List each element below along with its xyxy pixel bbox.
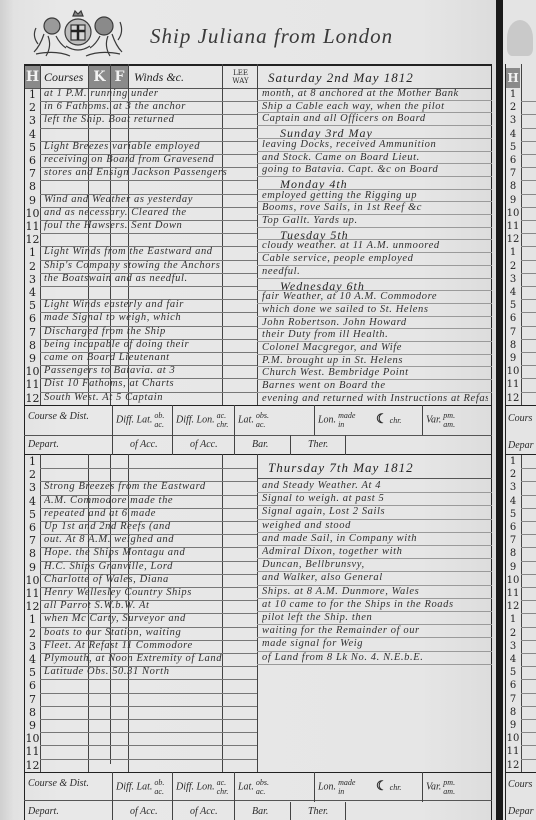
- header-leeway-top: LEE: [224, 69, 257, 77]
- right-hour-number: 11: [505, 220, 521, 233]
- footer-sub-label: pm.: [443, 411, 455, 420]
- right-row-rule: [521, 627, 536, 628]
- remark-line: pilot left the Ship. then: [262, 612, 488, 623]
- right-row-rule: [521, 600, 536, 601]
- footer-var-label: Var.: [426, 781, 441, 792]
- remark-line: fair Weather, at 10 A.M. Commodore: [262, 291, 488, 302]
- right-hour-number: 3: [505, 273, 521, 286]
- hour-number: 1: [24, 88, 41, 101]
- log-entry: left the Ship. Boat returned: [44, 114, 256, 125]
- right-hour-number: 9: [505, 194, 521, 207]
- right-row-rule: [521, 481, 536, 482]
- hour-number: 6: [24, 312, 41, 325]
- right-row-rule: [521, 547, 536, 548]
- footer-sub-label: ob.: [154, 778, 164, 787]
- footer-course-dist: Course & Dist.: [28, 411, 89, 422]
- right-hour-number: 4: [505, 128, 521, 141]
- right-footer-depart-2: Depar: [508, 806, 534, 817]
- footer-var: Var.pm.am.: [426, 778, 455, 796]
- hour-number: 2: [24, 101, 41, 114]
- hour-number: 5: [24, 141, 41, 154]
- right-hour-number: 10: [505, 732, 521, 745]
- right-row-rule: [521, 392, 536, 393]
- right-row-rule: [521, 365, 536, 366]
- hour-number: 3: [24, 273, 41, 286]
- row-rule: [40, 719, 257, 720]
- log-entry: Strong Breezes from the Eastward: [44, 481, 256, 492]
- footer-divider: [314, 405, 315, 435]
- footer-moon-sub: chr.: [390, 416, 402, 425]
- log-entry: came on Board Lieutenant: [44, 352, 256, 363]
- right-hour-number: 1: [505, 246, 521, 259]
- hour-number: 1: [24, 613, 41, 626]
- remark-line: employed getting the Rigging up: [262, 190, 488, 201]
- footer-diff-lat: Diff. Lat.ob.ac.: [116, 411, 164, 429]
- footer-sub-label: chr.: [217, 787, 229, 796]
- row-rule: [40, 679, 257, 680]
- right-hour-number: 1: [505, 613, 521, 626]
- footer-diff-lon-sub: ac.chr.: [217, 778, 229, 796]
- right-hour-number: 6: [505, 154, 521, 167]
- footer-of-acc-2: of Acc.: [190, 806, 218, 817]
- footer-moon-sub: chr.: [390, 783, 402, 792]
- right-row-rule: [521, 587, 536, 588]
- remark-line: which done we sailed to St. Helens: [262, 304, 488, 315]
- hour-number: 4: [24, 286, 41, 299]
- right-hour-number: 7: [505, 167, 521, 180]
- remark-line: made signal for Weig: [262, 638, 488, 649]
- footer-divider: [234, 435, 235, 455]
- date2-row-bottom-border: [257, 478, 492, 479]
- right-hour-number: 4: [505, 495, 521, 508]
- footer1-mid-border: [24, 435, 492, 436]
- right-row-rule: [521, 759, 536, 760]
- log-entry: repeated and at 6 made: [44, 508, 256, 519]
- header-winds: Winds &c.: [134, 70, 184, 85]
- remark-line: Church West. Bembridge Point: [262, 367, 488, 378]
- remark-line: Ships. at 8 A.M. Dunmore, Wales: [262, 586, 488, 597]
- log-entry: Charlotte of Wales, Diana: [44, 574, 256, 585]
- row-rule: [40, 759, 257, 760]
- date-heading-thursday: Thursday 7th May 1812: [268, 460, 414, 476]
- footer-sub-label: in: [338, 787, 355, 796]
- footer-divider: [422, 405, 423, 435]
- right-hour-number: 10: [505, 574, 521, 587]
- hour-number: 12: [24, 600, 41, 613]
- footer-var-sub: pm.am.: [443, 778, 455, 796]
- header-leeway: LEE WAY: [224, 69, 257, 85]
- right-hour-number: 2: [505, 627, 521, 640]
- footer1-bottom-border: [24, 454, 492, 455]
- hour-number: 11: [24, 378, 41, 391]
- footer-depart: Depart.: [28, 439, 59, 450]
- log-entry: foul the Hawsers. Sent Down: [44, 220, 256, 231]
- header-leeway-bottom: WAY: [224, 77, 257, 85]
- row-rule: [40, 745, 257, 746]
- right-hour-number: 3: [505, 114, 521, 127]
- right-hour-number: 12: [505, 392, 521, 405]
- right-hour-number: 12: [505, 759, 521, 772]
- hour-number: 12: [24, 233, 41, 246]
- right-hour-number: 8: [505, 180, 521, 193]
- right-row-rule: [521, 207, 536, 208]
- right-row-rule: [521, 167, 536, 168]
- remark-line: Cable service, people employed: [262, 253, 488, 264]
- right-hour-number: 2: [505, 101, 521, 114]
- footer-divider: [172, 772, 173, 802]
- remark-line: Barnes went on Board the: [262, 380, 488, 391]
- footer-var: Var.pm.am.: [426, 411, 455, 429]
- remark-line: and Stock. Came on Board Lieut.: [262, 152, 488, 163]
- right-footer-depart: Depar: [508, 440, 534, 451]
- hour-number: 7: [24, 534, 41, 547]
- remark-line: their Duty from ill Health.: [262, 329, 488, 340]
- right-hour-number: 7: [505, 693, 521, 706]
- footer-lat-sub: obs.ac.: [256, 411, 269, 429]
- remark-line: John Robertson. John Howard: [262, 317, 488, 328]
- log-entry: out. At 8 A.M. weighed and: [44, 534, 256, 545]
- header-hour: H: [25, 66, 40, 88]
- right-hour-number: 6: [505, 521, 521, 534]
- footer-sub-label: chr.: [217, 420, 229, 429]
- footer-sub-label: ac.: [154, 420, 164, 429]
- log-entry: all Parrot S.W.b.W. At: [44, 600, 256, 611]
- right-row-rule: [521, 640, 536, 641]
- right-footer-course: Cours: [508, 413, 532, 424]
- row-rule: [40, 286, 257, 287]
- right-row-rule: [521, 666, 536, 667]
- footer-of-acc-1: of Acc.: [130, 439, 158, 450]
- hour-number: 3: [24, 114, 41, 127]
- hour-number: 10: [24, 365, 41, 378]
- right-hour-number: 9: [505, 352, 521, 365]
- right-row-rule: [521, 719, 536, 720]
- log-entry: the Boatswain and as needful.: [44, 273, 256, 284]
- remark-line: Duncan, Bellbrunsvy,: [262, 559, 488, 570]
- footer-lat: Lat.obs.ac.: [238, 778, 269, 796]
- log-entry: South West. At 5 Captain: [44, 392, 256, 403]
- right-hour-number: 2: [505, 468, 521, 481]
- row-rule: [40, 180, 257, 181]
- right-row-rule: [521, 706, 536, 707]
- remark-rule: [257, 664, 492, 665]
- right-hour-number: 5: [505, 508, 521, 521]
- hour-number: 8: [24, 547, 41, 560]
- remark-line: waiting for the Remainder of our: [262, 625, 488, 636]
- right-footer2-top: [505, 772, 536, 773]
- log-entry: Hope. the Ships Montagu and: [44, 547, 256, 558]
- footer-divider: [345, 435, 346, 455]
- hour-number: 10: [24, 574, 41, 587]
- hour-number: 9: [24, 561, 41, 574]
- footer-diff-lat-sub: ob.ac.: [154, 411, 164, 429]
- log-entry: in 6 Fathoms. at 3 the anchor: [44, 101, 256, 112]
- right-hour-number: 7: [505, 534, 521, 547]
- right-hour-number: 5: [505, 666, 521, 679]
- footer-ther: Ther.: [308, 439, 328, 450]
- footer-ther: Ther.: [308, 806, 328, 817]
- log-entry: Dist 10 Fathoms, at Charts: [44, 378, 256, 389]
- footer-var-label: Var.: [426, 414, 441, 425]
- hour-number: 4: [24, 495, 41, 508]
- right-row-rule: [521, 260, 536, 261]
- remark-line: Signal to weigh. at past 5: [262, 493, 488, 504]
- footer-sub-label: pm.: [443, 778, 455, 787]
- right-row-rule: [521, 273, 536, 274]
- right-hour-number: 6: [505, 679, 521, 692]
- remark-line: at 10 came to for the Ships in the Roads: [262, 599, 488, 610]
- hour-number: 4: [24, 128, 41, 141]
- footer-of-acc-1: of Acc.: [130, 806, 158, 817]
- right-row-rule: [521, 693, 536, 694]
- remark-line: Ship a Cable each way, when the pilot: [262, 101, 488, 112]
- right-row-rule: [521, 114, 536, 115]
- right-row-rule: [521, 326, 536, 327]
- footer-sub-label: ac.: [217, 778, 229, 787]
- footer-divider: [345, 802, 346, 820]
- row-rule: [40, 233, 257, 234]
- footer-diff-lat-label: Diff. Lat.: [116, 414, 152, 425]
- hour-number: 4: [24, 653, 41, 666]
- hour-number: 5: [24, 508, 41, 521]
- footer-divider: [112, 802, 113, 820]
- remark-line: Admiral Dixon, together with: [262, 546, 488, 557]
- remark-line: P.M. brought up in St. Helens: [262, 355, 488, 366]
- footer-lon: Lon.madein: [318, 778, 355, 796]
- log-page-right-edge: H 12345678910111212345678910111212345678…: [503, 0, 536, 820]
- hour-number: 9: [24, 719, 41, 732]
- footer-divider: [112, 435, 113, 455]
- right-row-rule: [521, 233, 536, 234]
- right-row-rule: [521, 194, 536, 195]
- right-row-rule: [521, 312, 536, 313]
- log-entry: Plymouth, at Noon Extremity of Land: [44, 653, 256, 664]
- hour-number: 12: [24, 392, 41, 405]
- right-row-rule: [521, 613, 536, 614]
- log-entry: and as necessary. Cleared the: [44, 207, 256, 218]
- right-hour-number: 10: [505, 365, 521, 378]
- log-entry: Fleet. At Refast 11 Commodore: [44, 640, 256, 651]
- footer-sub-label: ac.: [154, 787, 164, 796]
- right-row-rule: [521, 339, 536, 340]
- date-heading-saturday: Saturday 2nd May 1812: [268, 70, 414, 86]
- right-hour-number: 4: [505, 653, 521, 666]
- remark-line: and Steady Weather. At 4: [262, 480, 488, 491]
- right-hour-number: 11: [505, 378, 521, 391]
- footer-sub-label: made: [338, 778, 355, 787]
- right-row-rule: [521, 286, 536, 287]
- footer-sub-label: am.: [443, 420, 455, 429]
- right-hour-number: 9: [505, 561, 521, 574]
- row-rule: [40, 468, 257, 469]
- royal-crest-icon: [26, 6, 130, 62]
- right-hour-number: 11: [505, 587, 521, 600]
- footer-divider: [422, 772, 423, 802]
- footer-of-acc-2: of Acc.: [190, 439, 218, 450]
- remark-line: leaving Docks, received Ammunition: [262, 139, 488, 150]
- footer-divider: [172, 405, 173, 435]
- right-row-rule: [521, 574, 536, 575]
- remark-line: weighed and stood: [262, 520, 488, 531]
- right-hour-number: 8: [505, 706, 521, 719]
- right-row-rule: [521, 128, 536, 129]
- right-hour-number: 10: [505, 207, 521, 220]
- right-row-rule: [521, 468, 536, 469]
- footer-lon: Lon.madein: [318, 411, 355, 429]
- header-fathoms: F: [111, 66, 128, 88]
- remark-line: month, at 8 anchored at the Mother Bank: [262, 88, 488, 99]
- hour-number: 10: [24, 732, 41, 745]
- footer-sub-label: in: [338, 420, 355, 429]
- hour-number: 7: [24, 693, 41, 706]
- footer-sub-label: obs.: [256, 778, 269, 787]
- right-footer-top: [505, 405, 536, 406]
- hour-number: 11: [24, 745, 41, 758]
- log-entry: Wind and Weather as yesterday: [44, 194, 256, 205]
- log-entry: Ship's Company stowing the Anchors: [44, 260, 256, 271]
- log-entry: Latitude Obs. 50.31 North: [44, 666, 256, 677]
- right-hour-number: 11: [505, 745, 521, 758]
- footer-diff-lon: Diff. Lon.ac.chr.: [176, 778, 228, 796]
- moon-icon: ☾: [376, 778, 388, 793]
- footer-sub-label: ac.: [217, 411, 229, 420]
- log-entry: boats to our Station, waiting: [44, 627, 256, 638]
- log-entry: Henry Wellesley Country Ships: [44, 587, 256, 598]
- footer-lat-label: Lat.: [238, 414, 254, 425]
- hour-number: 12: [24, 759, 41, 772]
- footer-divider: [314, 772, 315, 802]
- footer-lon-label: Lon.: [318, 414, 336, 425]
- hour-number: 8: [24, 339, 41, 352]
- right-crest-icon: [507, 20, 533, 56]
- right-hour-number: 12: [505, 600, 521, 613]
- right-hour-number: 5: [505, 299, 521, 312]
- footer-diff-lon: Diff. Lon.ac.chr.: [176, 411, 228, 429]
- right-hour-number: 1: [505, 455, 521, 468]
- remark-line: and Walker, also General: [262, 572, 488, 583]
- remark-line: of Land from 8 Lk No. 4. N.E.b.E.: [262, 652, 488, 663]
- right-row-rule: [521, 378, 536, 379]
- right-row-rule: [521, 246, 536, 247]
- right-header-hour: H: [506, 68, 520, 88]
- right-row-rule: [521, 101, 536, 102]
- right-row-rule: [521, 745, 536, 746]
- col2-divider-leeway: [257, 454, 258, 772]
- hour-number: 1: [24, 246, 41, 259]
- book-spine: [496, 0, 503, 820]
- hour-number: 3: [24, 481, 41, 494]
- right-hour-number: 3: [505, 481, 521, 494]
- footer-sub-label: made: [338, 411, 355, 420]
- right-footer-course-2: Cours: [508, 779, 532, 790]
- hour-number: 7: [24, 167, 41, 180]
- right-hour-number: 6: [505, 312, 521, 325]
- remark-line: Captain and all Officers on Board: [262, 113, 488, 124]
- row-rule: [40, 128, 257, 129]
- footer-lon-sub: madein: [338, 778, 355, 796]
- right-hour-number: 12: [505, 233, 521, 246]
- hour-number: 6: [24, 154, 41, 167]
- footer-diff-lon-sub: ac.chr.: [217, 411, 229, 429]
- right-row-rule: [521, 561, 536, 562]
- footer-bar: Bar.: [252, 806, 268, 817]
- right-row-rule: [521, 141, 536, 142]
- right-hour-number: 8: [505, 339, 521, 352]
- log-entry: Light Winds easterly and fair: [44, 299, 256, 310]
- footer-lon-sub: madein: [338, 411, 355, 429]
- footer-moon: ☾chr.: [376, 411, 401, 427]
- footer-divider: [234, 802, 235, 820]
- hour-number: 3: [24, 640, 41, 653]
- hour-number: 2: [24, 627, 41, 640]
- footer-divider: [172, 802, 173, 820]
- log-entry: when Mc Carty, Surveyor and: [44, 613, 256, 624]
- log-entry: at 1 P.M. running under: [44, 88, 256, 99]
- right-row-rule: [521, 653, 536, 654]
- right-row-rule: [521, 180, 536, 181]
- right-hour-number: 4: [505, 286, 521, 299]
- hour-number: 8: [24, 180, 41, 193]
- log-entry: Light Winds from the Eastward and: [44, 246, 256, 257]
- hour-number: 5: [24, 666, 41, 679]
- footer-depart: Depart.: [28, 806, 59, 817]
- footer-divider: [172, 435, 173, 455]
- right-row-rule: [521, 154, 536, 155]
- footer-divider: [290, 802, 291, 820]
- remark-line: cloudy weather. at 11 A.M. unmoored: [262, 240, 488, 251]
- log-entry: A.M. Commodore made the: [44, 495, 256, 506]
- right-hour-number: 7: [505, 326, 521, 339]
- footer-course-dist-label: Course & Dist.: [28, 778, 89, 789]
- right-row-rule: [521, 679, 536, 680]
- right-row-rule: [521, 220, 536, 221]
- footer-diff-lat: Diff. Lat.ob.ac.: [116, 778, 164, 796]
- footer-divider: [112, 405, 113, 435]
- remark-line: Booms, rove Sails, in 1st Reef &c: [262, 202, 488, 213]
- footer-lat-sub: obs.ac.: [256, 778, 269, 796]
- footer-diff-lat-sub: ob.ac.: [154, 778, 164, 796]
- footer-var-sub: pm.am.: [443, 411, 455, 429]
- footer-diff-lon-label: Diff. Lon.: [176, 781, 215, 792]
- footer-bar: Bar.: [252, 439, 268, 450]
- hour-number: 11: [24, 587, 41, 600]
- remark-line: Top Gallt. Yards up.: [262, 215, 488, 226]
- hour-number: 9: [24, 352, 41, 365]
- header-knots: K: [89, 66, 110, 88]
- hour-number: 8: [24, 706, 41, 719]
- hour-number: 10: [24, 207, 41, 220]
- hour-number: 6: [24, 521, 41, 534]
- right-row-rule: [521, 495, 536, 496]
- row-rule: [40, 732, 257, 733]
- remark-line: needful.: [262, 266, 488, 277]
- footer-divider: [234, 772, 235, 802]
- hour-number: 2: [24, 468, 41, 481]
- hour-number: 7: [24, 326, 41, 339]
- footer-lat-label: Lat.: [238, 781, 254, 792]
- row-rule: [40, 693, 257, 694]
- footer-lat: Lat.obs.ac.: [238, 411, 269, 429]
- right-hour-number: 5: [505, 141, 521, 154]
- right-row-rule: [521, 352, 536, 353]
- row-rule: [40, 706, 257, 707]
- log-entry: Up 1st and 2nd Reefs (and: [44, 521, 256, 532]
- hour-number: 5: [24, 299, 41, 312]
- right-row-rule: [521, 508, 536, 509]
- footer-moon: ☾chr.: [376, 778, 401, 794]
- remark-line: going to Batavia. Capt. &c on Board: [262, 164, 488, 175]
- hour-number: 11: [24, 220, 41, 233]
